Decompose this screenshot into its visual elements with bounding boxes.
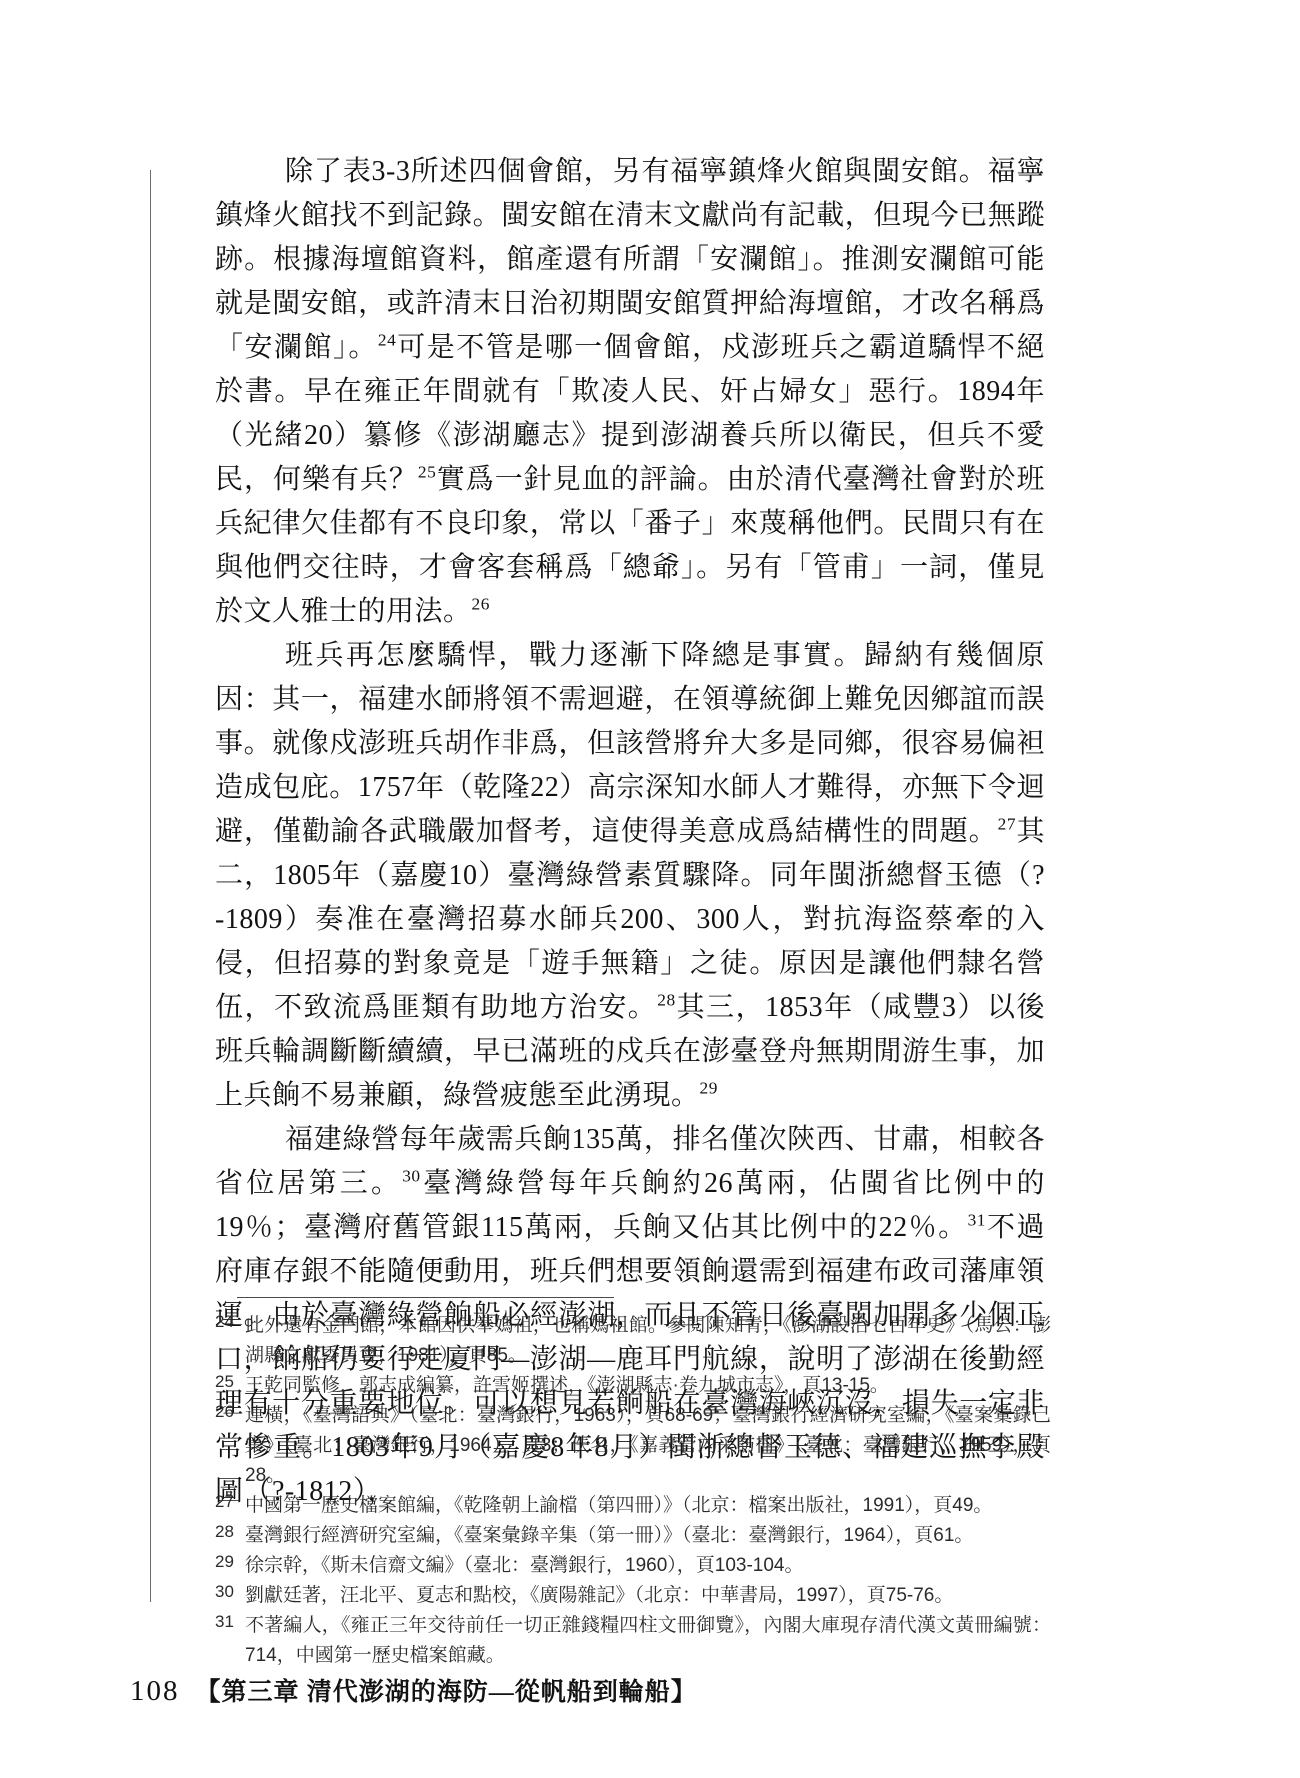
footnote-number: 25 [215,1367,245,1397]
footnote: 30劉獻廷著，汪北平、夏志和點校，《廣陽雜記》（北京：中華書局，1997），頁7… [215,1581,1051,1611]
footnote-ref: 28 [657,991,675,1010]
footnote-text: 此外還有金門館，本館因供奉媽祖，也稱媽祖館。參閱陳知青，《澎湖設治七百年史》（馬… [245,1311,1051,1371]
footnote: 24此外還有金門館，本館因供奉媽祖，也稱媽祖館。參閱陳知青，《澎湖設治七百年史》… [215,1311,1051,1371]
footnote-text: 王乾同監修，郭志成編纂，許雪姬撰述，《澎湖縣志·卷九城市志》，頁13-15。 [245,1371,1051,1401]
footnote-text: 不著編人，《雍正三年交待前任一切正雜錢糧四柱文冊御覽》，內閣大庫現存清代漢文黃冊… [245,1611,1051,1671]
footnote-number: 28 [215,1517,245,1547]
footnote-number: 29 [215,1547,245,1577]
footnote-ref: 26 [472,595,490,614]
footnote: 26連橫，《臺灣語典》（臺北：臺灣銀行，1963），頁68-69；臺灣銀行經濟研… [215,1401,1051,1491]
footnote: 29徐宗幹，《斯未信齋文編》（臺北：臺灣銀行，1960），頁103-104。 [215,1551,1051,1581]
footnotes: 24此外還有金門館，本館因供奉媽祖，也稱媽祖館。參閱陳知青，《澎湖設治七百年史》… [215,1311,1051,1671]
footnote-number: 31 [215,1607,245,1667]
footnote-number: 24 [215,1307,245,1367]
footnote-ref: 30 [402,1167,420,1186]
footnote: 28臺灣銀行經濟研究室編，《臺案彙錄辛集（第一冊）》（臺北：臺灣銀行，1964）… [215,1521,1051,1551]
footnote-number: 27 [215,1487,245,1517]
footnote-text: 徐宗幹，《斯未信齋文編》（臺北：臺灣銀行，1960），頁103-104。 [245,1551,1051,1581]
footnote-ref: 25 [418,463,436,482]
footnote-text: 劉獻廷著，汪北平、夏志和點校，《廣陽雜記》（北京：中華書局，1997），頁75-… [245,1581,1051,1611]
chapter-title: 【第三章 清代澎湖的海防—從帆船到輪船】 [196,1672,697,1708]
footnote: 31不著編人，《雍正三年交待前任一切正雜錢糧四柱文冊御覽》，內閣大庫現存清代漢文… [215,1611,1051,1671]
footnote-number: 26 [215,1397,245,1487]
footnote-ref: 27 [998,815,1016,834]
footnote-text: 中國第一歷史檔案館編，《乾隆朝上諭檔（第四冊）》（北京：檔案出版社，1991），… [245,1491,1051,1521]
body-paragraph: 除了表3-3所述四個會館，另有福寧鎮烽火館與閩安館。福寧鎮烽火館找不到記錄。閩安… [215,150,1045,634]
page-footer: 108 【第三章 清代澎湖的海防—從帆船到輪船】 [130,1672,697,1708]
footnote-separator [237,1297,614,1298]
footnote-text: 連橫，《臺灣語典》（臺北：臺灣銀行，1963），頁68-69；臺灣銀行經濟研究室… [245,1401,1051,1491]
footnote-number: 30 [215,1577,245,1607]
footnote-ref: 29 [700,1079,718,1098]
left-margin-rule [150,170,151,1602]
page-number: 108 [130,1675,180,1708]
footnote-ref: 31 [968,1211,986,1230]
body-run: 班兵再怎麼驕悍，戰力逐漸下降總是事實。歸納有幾個原因：其一，福建水師將領不需迴避… [215,640,1045,847]
book-page: 除了表3-3所述四個會館，另有福寧鎮烽火館與閩安館。福寧鎮烽火館找不到記錄。閩安… [0,0,1300,1778]
body-paragraph: 班兵再怎麼驕悍，戰力逐漸下降總是事實。歸納有幾個原因：其一，福建水師將領不需迴避… [215,634,1045,1118]
body-text: 除了表3-3所述四個會館，另有福寧鎮烽火館與閩安館。福寧鎮烽火館找不到記錄。閩安… [215,150,1045,1514]
footnote-text: 臺灣銀行經濟研究室編，《臺案彙錄辛集（第一冊）》（臺北：臺灣銀行，1964），頁… [245,1521,1051,1551]
footnote: 27中國第一歷史檔案館編，《乾隆朝上諭檔（第四冊）》（北京：檔案出版社，1991… [215,1491,1051,1521]
footnote: 25王乾同監修，郭志成編纂，許雪姬撰述，《澎湖縣志·卷九城市志》，頁13-15。 [215,1371,1051,1401]
footnote-ref: 24 [378,331,396,350]
